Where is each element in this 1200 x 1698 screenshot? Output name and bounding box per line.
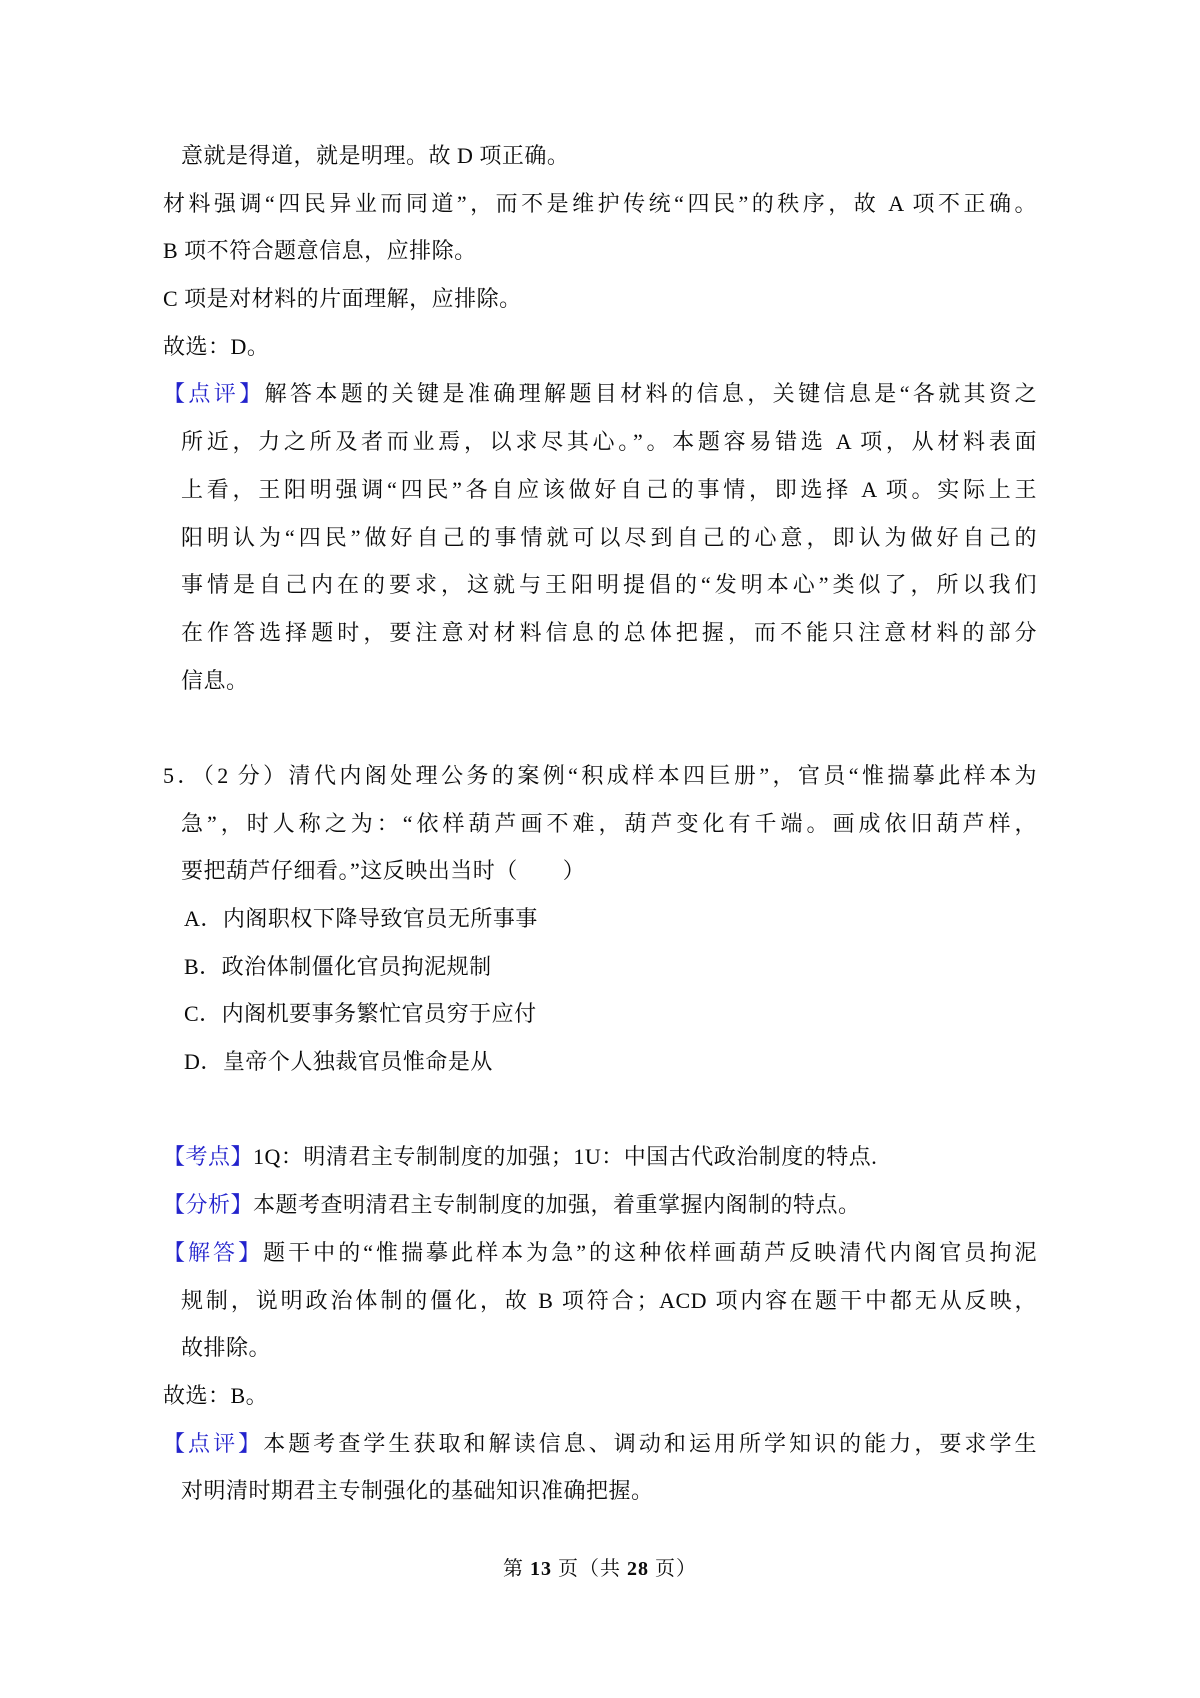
text-line: 【分析】本题考查明清君主专制制度的加强，着重掌握内阁制的特点。 <box>163 1181 1037 1229</box>
text-line: 故选：D。 <box>163 323 1037 371</box>
footer-page-number: 13 <box>530 1558 552 1580</box>
line-text: 规制，说明政治体制的僵化，故 B 项符合；ACD 项内容在题干中都无从反映， <box>181 1288 1037 1313</box>
line-text: 1Q：明清君主专制制度的加强；1U：中国古代政治制度的特点. <box>253 1144 877 1169</box>
section-label: 【点评】 <box>163 1431 263 1456</box>
line-text: 本题考查明清君主专制制度的加强，着重掌握内阁制的特点。 <box>253 1192 861 1217</box>
line-text: B．政治体制僵化官员拘泥规制 <box>184 954 492 979</box>
text-line: 所近，力之所及者而业焉，以求尽其心。”。本题容易错选 A 项，从材料表面 <box>181 418 1037 466</box>
section-label: 【点评】 <box>163 381 265 406</box>
line-text: 5．（2 分）清代内阁处理公务的案例“积成样本四巨册”，官员“惟揣摹此样本为 <box>163 763 1037 788</box>
line-text: 对明清时期君主专制强化的基础知识准确把握。 <box>181 1478 654 1503</box>
text-line: 5．（2 分）清代内阁处理公务的案例“积成样本四巨册”，官员“惟揣摹此样本为 <box>163 752 1037 800</box>
line-text: 本题考查学生获取和解读信息、调动和运用所学知识的能力，要求学生 <box>263 1431 1037 1456</box>
text-line: 【点评】解答本题的关键是准确理解题目材料的信息，关键信息是“各就其资之 <box>163 370 1037 418</box>
footer-prefix: 第 <box>503 1558 530 1580</box>
text-line: B 项不符合题意信息，应排除。 <box>163 227 1037 275</box>
text-line: 【考点】1Q：明清君主专制制度的加强；1U：中国古代政治制度的特点. <box>163 1133 1037 1181</box>
line-text: B 项不符合题意信息，应排除。 <box>163 238 477 263</box>
text-line: 事情是自己内在的要求，这就与王阳明提倡的“发明本心”类似了，所以我们 <box>181 561 1037 609</box>
section-label: 【考点】 <box>163 1144 253 1169</box>
blank-line <box>163 1086 1037 1134</box>
text-line: 意就是得道，就是明理。故 D 项正确。 <box>181 132 1037 180</box>
line-text: 故选：B。 <box>163 1383 268 1408</box>
line-text: 事情是自己内在的要求，这就与王阳明提倡的“发明本心”类似了，所以我们 <box>181 572 1037 597</box>
text-line: 上看，王阳明强调“四民”各自应该做好自己的事情，即选择 A 项。实际上王 <box>181 466 1037 514</box>
text-line: C．内阁机要事务繁忙官员穷于应付 <box>184 990 1037 1038</box>
line-text: 故排除。 <box>181 1335 271 1360</box>
line-text: 所近，力之所及者而业焉，以求尽其心。”。本题容易错选 A 项，从材料表面 <box>181 429 1037 454</box>
line-text: D．皇帝个人独裁官员惟命是从 <box>184 1049 493 1074</box>
footer-middle: 页（共 <box>552 1558 627 1580</box>
text-line: 故排除。 <box>181 1324 1037 1372</box>
line-text: 故选：D。 <box>163 334 269 359</box>
section-label: 【解答】 <box>163 1240 263 1265</box>
footer-total-pages: 28 <box>627 1558 649 1580</box>
line-text: 阳明认为“四民”做好自己的事情就可以尽到自己的心意，即认为做好自己的 <box>181 525 1037 550</box>
blank-line <box>163 704 1037 752</box>
section-label: 【分析】 <box>163 1192 253 1217</box>
text-line: 规制，说明政治体制的僵化，故 B 项符合；ACD 项内容在题干中都无从反映， <box>181 1277 1037 1325</box>
document-body: 意就是得道，就是明理。故 D 项正确。材料强调“四民异业而同道”，而不是维护传统… <box>163 132 1037 1515</box>
line-text: 上看，王阳明强调“四民”各自应该做好自己的事情，即选择 A 项。实际上王 <box>181 477 1037 502</box>
text-line: 要把葫芦仔细看。”这反映出当时（ ） <box>181 847 1037 895</box>
line-text: 信息。 <box>181 668 249 693</box>
line-text: 意就是得道，就是明理。故 D 项正确。 <box>181 143 569 168</box>
text-line: B．政治体制僵化官员拘泥规制 <box>184 943 1037 991</box>
footer-page-info: 第 13 页（共 28 页） <box>0 1552 1200 1581</box>
line-text: C 项是对材料的片面理解，应排除。 <box>163 286 522 311</box>
line-text: 解答本题的关键是准确理解题目材料的信息，关键信息是“各就其资之 <box>265 381 1037 406</box>
text-line: 材料强调“四民异业而同道”，而不是维护传统“四民”的秩序，故 A 项不正确。 <box>163 180 1037 228</box>
document-page: 意就是得道，就是明理。故 D 项正确。材料强调“四民异业而同道”，而不是维护传统… <box>0 0 1200 1698</box>
text-line: 信息。 <box>181 657 1037 705</box>
text-line: 对明清时期君主专制强化的基础知识准确把握。 <box>181 1467 1037 1515</box>
text-line: 在作答选择题时，要注意对材料信息的总体把握，而不能只注意材料的部分 <box>181 609 1037 657</box>
text-line: 【点评】本题考查学生获取和解读信息、调动和运用所学知识的能力，要求学生 <box>163 1420 1037 1468</box>
line-text: 要把葫芦仔细看。”这反映出当时（ ） <box>181 858 585 883</box>
text-line: 急”，时人称之为：“依样葫芦画不难，葫芦变化有千端。画成依旧葫芦样， <box>181 800 1037 848</box>
text-line: D．皇帝个人独裁官员惟命是从 <box>184 1038 1037 1086</box>
line-text: C．内阁机要事务繁忙官员穷于应付 <box>184 1001 537 1026</box>
line-text: 题干中的“惟揣摹此样本为急”的这种依样画葫芦反映清代内阁官员拘泥 <box>263 1240 1037 1265</box>
line-text: A．内阁职权下降导致官员无所事事 <box>184 906 538 931</box>
text-line: C 项是对材料的片面理解，应排除。 <box>163 275 1037 323</box>
line-text: 材料强调“四民异业而同道”，而不是维护传统“四民”的秩序，故 A 项不正确。 <box>163 191 1037 216</box>
text-line: A．内阁职权下降导致官员无所事事 <box>184 895 1037 943</box>
footer-suffix: 页） <box>649 1558 697 1580</box>
text-line: 【解答】题干中的“惟揣摹此样本为急”的这种依样画葫芦反映清代内阁官员拘泥 <box>163 1229 1037 1277</box>
line-text: 在作答选择题时，要注意对材料信息的总体把握，而不能只注意材料的部分 <box>181 620 1037 645</box>
text-line: 阳明认为“四民”做好自己的事情就可以尽到自己的心意，即认为做好自己的 <box>181 514 1037 562</box>
text-line: 故选：B。 <box>163 1372 1037 1420</box>
line-text: 急”，时人称之为：“依样葫芦画不难，葫芦变化有千端。画成依旧葫芦样， <box>181 811 1037 836</box>
